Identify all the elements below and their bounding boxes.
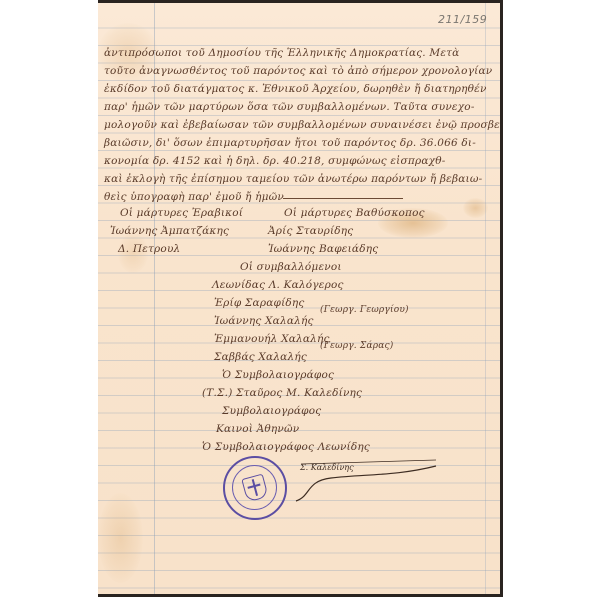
body-text-line: καὶ ἐκλογὴ τῆς ἐπίσημου ταμείου τῶν ἀνωτ… xyxy=(104,173,482,185)
witness-left-title: Οἱ μάρτυρες Ἐραβικοί xyxy=(120,207,243,219)
notary-name: (Τ.Σ.) Σταῦρος Μ. Καλεδίνης xyxy=(202,387,362,399)
witness-left-name: Ἰωάννης Ἀμπατζάκης xyxy=(110,225,229,237)
official-stamp xyxy=(223,456,287,520)
body-text-line: θεὶς ὑπογραφὴ παρ' ἐμοῦ ἤ ἡμῶν xyxy=(104,191,284,203)
body-text-line: παρ' ἡμῶν τῶν μαρτύρων ὅσα τῶν συμβαλλομ… xyxy=(104,101,475,113)
body-text-line: ἀντιπρόσωποι τοῦ Δημοσίου τῆς Ἑλληνικῆς … xyxy=(104,47,459,59)
bracket-note: (Γεωργ. Σάρας) xyxy=(320,341,393,351)
reference-number: 211/159 xyxy=(438,13,487,26)
document-page: 211/159 ἀντιπρόσωποι τοῦ Δημοσίου τῆς Ἑλ… xyxy=(98,0,503,597)
party-name: Ἐρίφ Σαραφίδης xyxy=(214,297,304,309)
witness-right-title: Οἱ μάρτυρες Βαθύσκοπος xyxy=(284,207,425,219)
body-text-line: βαιῶσιν, δι' ὅσων ἐπιμαρτυρῆσαν ἤτοι τοῦ… xyxy=(104,137,476,149)
handwritten-signature: Σ. Καλεδίνης xyxy=(300,463,354,472)
body-text-line: κονομία δρ. 4152 καὶ ἡ δηλ. δρ. 40.218, … xyxy=(104,155,445,167)
party-name: Σαββάς Χαλαλής xyxy=(214,351,307,363)
body-text-line: ἐκδίδον τοῦ διατάγματος κ. Ἐθνικοῦ Ἀρχεί… xyxy=(104,83,487,95)
notary-closing: Ὁ Συμβολαιογράφος Λεωνίδης xyxy=(202,441,370,453)
closing-rule xyxy=(283,198,403,199)
witness-right-name: Ἰωάννης Βαφειάδης xyxy=(268,243,378,255)
notary-role: Συμβολαιογράφος xyxy=(222,405,321,417)
notary-location: Καινοὶ Ἀθηνῶν xyxy=(216,423,299,435)
party-name: Ἰωάννης Χαλαλής xyxy=(214,315,314,327)
paper-stain xyxy=(98,493,143,583)
witness-right-name: Ἀρίς Σταυρίδης xyxy=(268,225,353,237)
body-text-line: τοῦτο ἀναγνωσθέντος τοῦ παρόντος καὶ τὸ … xyxy=(104,65,492,77)
notary-title: Ὁ Συμβολαιογράφος xyxy=(222,369,334,381)
body-text-line: μολογοῦν καὶ ἐβεβαίωσαν τῶν συμβαλλομένω… xyxy=(104,119,503,131)
bracket-note: (Γεωργ. Γεωργίου) xyxy=(320,305,409,315)
party-name: Λεωνίδας Λ. Καλόγερος xyxy=(212,279,344,291)
parties-title: Οἱ συμβαλλόμενοι xyxy=(240,261,342,273)
party-name: Ἐμμανουήλ Χαλαλής xyxy=(214,333,330,345)
paper-stain xyxy=(463,198,488,218)
witness-left-name: Δ. Πετρουλ xyxy=(118,243,180,255)
